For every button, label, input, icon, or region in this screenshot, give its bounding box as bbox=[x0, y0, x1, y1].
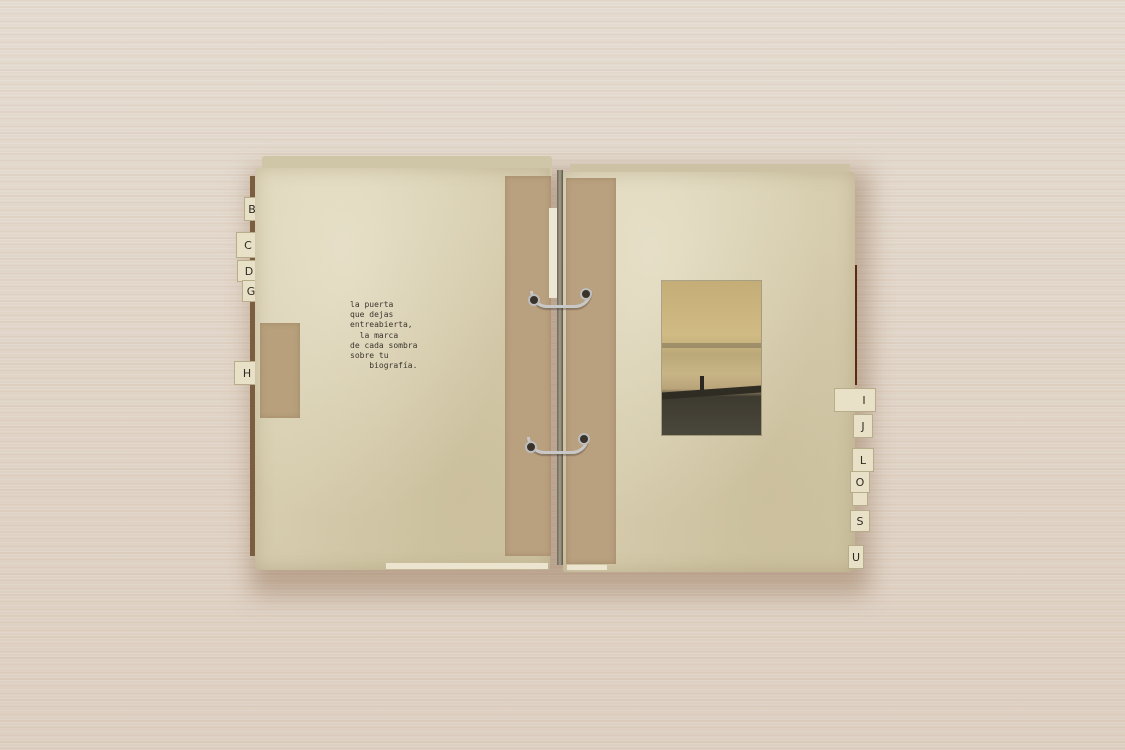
index-tab-j[interactable]: J bbox=[853, 414, 873, 438]
index-tab-o[interactable]: O bbox=[850, 471, 870, 493]
index-tab-i[interactable]: I bbox=[834, 388, 876, 412]
poem-line: la marca bbox=[350, 331, 440, 341]
loose-sheet-edge bbox=[567, 565, 607, 570]
poem-line: de cada sombra bbox=[350, 341, 440, 351]
tab-label: C bbox=[244, 239, 252, 252]
poem-line: que dejas bbox=[350, 310, 440, 320]
photo-figure bbox=[700, 376, 704, 390]
tape-patch bbox=[260, 323, 300, 418]
typewritten-poem: la puertaque dejasentreabierta, la marca… bbox=[350, 300, 440, 371]
left-spine-tape bbox=[505, 176, 551, 556]
poem-line: sobre tu bbox=[350, 351, 440, 361]
tab-label: H bbox=[243, 367, 251, 380]
ring-eyelet bbox=[525, 441, 537, 453]
tab-label: O bbox=[856, 476, 865, 489]
tab-label: S bbox=[857, 515, 864, 528]
photo-boat bbox=[662, 386, 761, 400]
ring-eyelet bbox=[528, 294, 540, 306]
poem-line: biografía. bbox=[350, 361, 440, 371]
index-tab-u[interactable]: U bbox=[848, 545, 864, 569]
poem-line: la puerta bbox=[350, 300, 440, 310]
tab-label: D bbox=[245, 265, 253, 278]
tab-label: U bbox=[852, 551, 860, 564]
tab-label: I bbox=[862, 394, 865, 407]
index-tab-s[interactable]: S bbox=[850, 510, 870, 532]
ring-eyelet bbox=[580, 288, 592, 300]
tab-label: L bbox=[860, 454, 866, 467]
vintage-photograph bbox=[662, 281, 761, 435]
index-tab-l[interactable]: L bbox=[852, 448, 874, 472]
index-tab-blank[interactable] bbox=[852, 492, 868, 506]
tab-label: G bbox=[247, 285, 256, 298]
photo-horizon bbox=[662, 343, 761, 348]
tab-label: J bbox=[861, 420, 864, 433]
right-spine-tape bbox=[566, 178, 616, 564]
loose-sheet-edge bbox=[386, 563, 548, 569]
poem-line: entreabierta, bbox=[350, 320, 440, 330]
ring-eyelet bbox=[578, 433, 590, 445]
